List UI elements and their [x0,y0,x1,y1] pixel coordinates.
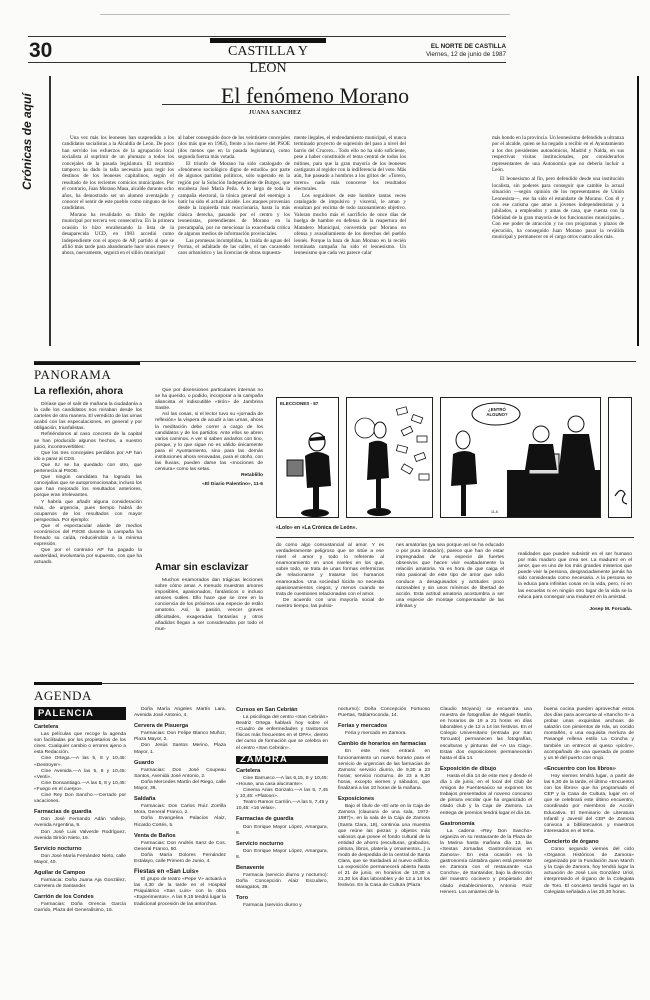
artist-signature-icon [609,398,632,518]
title-underline [162,104,384,105]
paragraph: El leonesismo al fin, pero defendido des… [492,176,624,240]
reflexion-column-2: Que por disensiones particulares interna… [155,388,263,489]
article-title: El fenómeno Morano [160,83,470,109]
paragraph: Don Enrique Mayor López, Amargura, 8. [236,849,328,861]
paragraph: Que el espectacular alarde de medios eco… [34,524,142,548]
paragraph: Cine Avenida.—A las 5, 8 y 10,45: «Venti… [34,769,126,781]
paragraph: do como algo consustancial al amor. Y es… [276,543,384,598]
header-top-rule [28,36,506,37]
panorama-section-title: PANORAMA [34,367,111,383]
paragraph: realidades que pueden subsistir en el se… [518,552,632,601]
agenda-rule [34,683,634,684]
subhead: Servicio nocturno [34,846,126,852]
paragraph: El triunfo de Morano ha sido catalogado … [178,161,290,238]
subhead: Gastronomía [440,821,532,827]
article-column-1: Una vez más los leoneses han suspendido … [62,135,174,257]
paragraph: Doña Evangelina Palacios Alaiz, Ricardo … [134,816,226,828]
agenda-section-title: AGENDA [34,688,92,704]
zamora-label: ZAMORA [236,756,328,764]
paragraph: Cine Ortega.—A las 5, 8 y 10,45: «Destro… [34,756,126,768]
comic-panel-3: ¿ENTRÓ ALGUNO? 11-6 [440,397,601,518]
amar-column-3: nes amatorias (ya sea porque así se ha e… [396,543,504,610]
paragraph: Las películas que recoge la agenda son f… [34,732,126,756]
paragraph: Farmacias: Doña Orencia García Garrido, … [34,902,126,914]
paragraph: Cine Donsantiago.—A las 5, 8 y 10,45: «F… [34,781,126,793]
paragraph: La cadena «Rey Don Sancho» organiza en s… [440,829,532,896]
paragraph: Que por el contrario AP ha pagado la aus… [34,548,142,566]
subhead: Carrión de los Condes [34,894,126,900]
paragraph: Don José Luis Valverde Rodríguez, Avenid… [34,830,126,842]
paragraph: Cine Barrueco.—A las 6,15, 8 y 10,45: «H… [236,776,328,788]
paragraph: Bajo el título de «El arte en la Caja de… [338,804,430,889]
right-vertical-rule [637,76,639,346]
agenda-column-5: Claudio Moyano) se encuentra una muestra… [440,707,532,896]
subhead: Exposiciones [338,796,430,802]
subhead: Cervera de Pisuerga [134,723,226,729]
subhead: Venta de Baños [134,833,226,839]
paragraph: nes amatorias (ya sea porque así se ha e… [396,543,504,610]
agenda-column-3: Cursos en San Cebrián La psicóloga del c… [236,707,328,910]
paragraph: Teatro Ramos Carrión.—A las 5, 7,45 y 10… [236,800,328,812]
subhead: Cursos en San Cebrián [236,707,328,713]
paragraph: Diríase que el salir de mañana la ciudad… [34,402,142,432]
paragraph: mente ilegales, el endeudamiento municip… [294,135,406,193]
amar-title: Amar sin esclavizar [155,562,248,573]
reflexion-column-1: Diríase que el salir de mañana la ciudad… [34,402,142,567]
section-title: CASTILLA Y LEON [210,43,326,77]
amar-column-1: Muchos enamorados dan trágicas lecciones… [155,578,263,633]
comic-figure-throwing-ballots-icon [347,398,433,518]
issue-date: Viernes, 12 de junio de 1987 [390,51,506,58]
paragraph: Farmacia (servicio diurno y nocturno): D… [236,873,328,891]
comic-panel-1: ELECCIONES - 87 [276,397,339,518]
subhead: Cartelera [34,724,126,730]
paragraph: nocturno): Doña Concepción Fortuoso Puer… [338,707,430,719]
subhead: Concierto de órgano [544,839,634,845]
paragraph: Que ningún candidato ha logrado las conc… [34,475,142,499]
subhead: Ferias y mercados [338,723,430,729]
subhead: Exposición de dibujo [440,766,532,772]
paragraph: Don Enrique Mayor López, Amargura, 8. [236,825,328,837]
agenda-black-bar [34,682,102,685]
article-column-2: al haber conseguido doce de los veintisi… [178,135,290,257]
header-bottom-rule [28,62,506,63]
paragraph: Hasta el día 14 de este mes y desde el d… [440,774,532,817]
side-section-label: Crónicas de aquí [20,70,34,190]
paragraph: Farmacias: Don Felipe Blanco Muñoz, Plaz… [134,731,226,743]
paragraph: Así las cosas, si el lector tuvo su «jor… [155,412,263,473]
paragraph: Doña Mercedes Martín del Riego, calle Ma… [134,780,226,792]
comic-credit: «Lolo» en «La Crónica de León». [276,525,357,531]
agenda-palencia-column-2: Doña María Angeles Martín Lara, Avenida … [134,707,226,908]
comic-date: 11-6 [491,510,498,514]
comic-panel-4-signature [608,397,632,518]
agenda-column-4: nocturno): Doña Concepción Fortuoso Puer… [338,707,430,890]
agenda-column-6: buena cocina pueden aprovechar estos dos… [544,707,634,896]
article-column-4: más hondo en la provincia. Un leonesismo… [492,135,624,241]
paragraph: De acuerdo con una mayoría social de nue… [276,598,384,610]
paragraph: Muchos enamorados dan trágicas lecciones… [155,578,263,633]
paragraph: Don José María Fernández Nieto, calle Ma… [34,854,126,866]
subhead: Toro [236,895,328,901]
amar-column-4: realidades que pueden subsistir en el se… [518,552,632,613]
paragraph: Farmacias: Don Carlos Ruiz Zorrilla Mora… [134,804,226,816]
paragraph: Don José Fernando Adán Vallejo, Avenida … [34,817,126,829]
page-number: 30 [29,40,52,62]
reflexion-signature: Retablillo [155,473,263,479]
comic-ballot-counting-scene-icon [441,398,601,518]
paragraph: Refiriéndonos al caso concreto de la cap… [34,432,142,450]
paragraph: El grupo de teatro «Pepe V» actuará a la… [134,877,226,907]
paragraph: Que los tres concejales perdidos por AP … [34,451,142,463]
comic-figure-holding-ballots-icon [277,398,339,518]
subhead: Aguilar de Campoo [34,870,126,876]
subhead: «Encuentro con los libros» [544,766,634,772]
paragraph: Las promesas incumplidas, la traída de a… [178,238,290,257]
paragraph: Cine Rey Don Sancho.—Cerrado por vacacio… [34,793,126,805]
speech-bubble-text: ¿ENTRÓ ALGUNO? [479,407,515,417]
subhead: Cambio de horarios en farmacias [338,741,430,747]
paragraph: Don Jesús Santos Merino, Plaza Mayor, 1. [134,743,226,755]
paragraph: Cinema Arias Gonzalo.—A las 5, 7,45 y 10… [236,788,328,800]
paragraph: más hondo en la provincia. Un leonesismo… [492,135,624,173]
comic-panel-2 [346,397,433,518]
paragraph: Doña María Angeles Martín Lara, Avenida … [134,707,226,719]
agenda-palencia-column-1: PALENCIA Cartelera Las películas que rec… [34,707,126,915]
top-faint-rule [100,14,510,15]
paragraph: Feria y mercado en Zamora. [338,731,430,737]
paragraph: Farmacia (servicio diurno y [236,903,328,909]
subhead: Benavente [236,865,328,871]
paragraph: Farmacias: Don José Coupeau Santos, Aven… [134,768,226,780]
panorama-black-bar [34,362,140,365]
amar-column-2: do como algo consustancial al amor. Y es… [276,543,384,610]
article-byline: JUANA SANCHEZ [220,110,330,116]
side-vertical-rule [49,76,51,346]
newspaper-name: EL NORTE DE CASTILLA [400,43,506,50]
article-column-3: mente ilegales, el endeudamiento municip… [294,135,406,257]
subhead: Farmacias de guardia [34,809,126,815]
comic-bottom-rule [276,537,634,538]
subhead: Servicio nocturno [236,841,328,847]
reflexion-source: «El Diario Palentino», 11-6 [155,482,263,488]
paragraph: Que IU se ha quedado con otro, que perte… [34,463,142,475]
amar-author: Josep M. Forcada. [518,607,632,613]
paragraph: Doña María Dolores Fernández Estalayo, c… [134,853,226,865]
paragraph: Claudio Moyano) se encuentra una muestra… [440,707,532,762]
subhead: Cartelera [236,768,328,774]
paragraph: Que por disensiones particulares interna… [155,388,263,412]
subhead: Fiestas en «San Luis» [134,869,226,875]
paragraph: Hoy viernes tendrá lugar, a partir de la… [544,774,634,835]
paragraph: al haber conseguido doce de los veintisi… [178,135,290,161]
paragraph: En este mes entrará en funcionamiento un… [338,749,430,792]
paragraph: Morano ha revalidado su título de regido… [62,212,174,257]
subhead: Saldaña [134,796,226,802]
paragraph: Una vez más los leoneses han suspendido … [62,135,174,212]
palencia-label: PALENCIA [34,707,126,720]
paragraph: Farmacias: Don Andrés Sanz de Cos, Gener… [134,841,226,853]
subhead: Farmacias de guardia [236,816,328,822]
paragraph: buena cocina pueden aprovechar estos dos… [544,707,634,762]
paragraph: Los seguidores de este hombre tantas vec… [294,193,406,257]
paragraph: Como segundo viernes del ciclo «Organos … [544,847,634,896]
subhead: Guardo [134,760,226,766]
paragraph: Y habría que añadir alguna consideración… [34,500,142,524]
paragraph: La psicóloga del centro «San Cebrián» Be… [236,715,328,752]
paragraph: Farmacia: Doña Juana Aja González, Carre… [34,878,126,890]
reflexion-title: La reflexión, ahora [34,386,123,397]
